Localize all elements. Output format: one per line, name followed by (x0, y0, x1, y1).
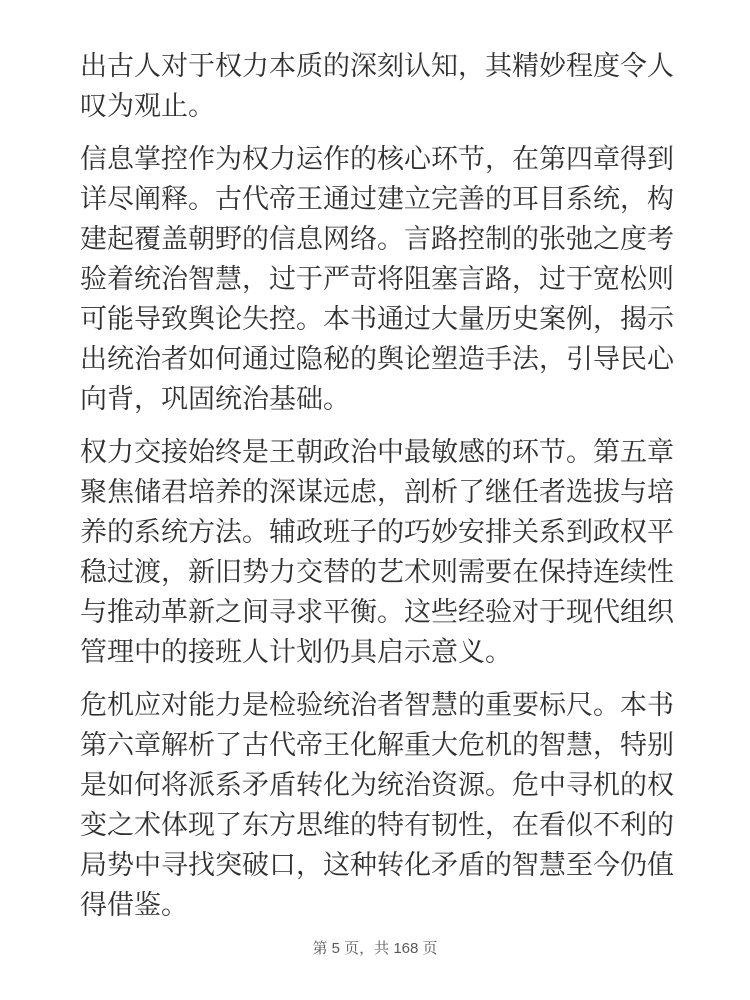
paragraph-4: 危机应对能力是检验统治者智慧的重要标尺。本书第六章解析了古代帝王化解重大危机的智… (80, 685, 680, 925)
page-content: 出古人对于权力本质的深刻认知，其精妙程度令人叹为观止。 信息掌控作为权力运作的核… (80, 46, 680, 938)
paragraph-3: 权力交接始终是王朝政治中最敏感的环节。第五章聚焦储君培养的深谋远虑，剖析了继任者… (80, 432, 680, 672)
paragraph-1: 出古人对于权力本质的深刻认知，其精妙程度令人叹为观止。 (80, 46, 680, 126)
page-number: 第 5 页，共 168 页 (312, 940, 437, 957)
document-page: 出古人对于权力本质的深刻认知，其精妙程度令人叹为观止。 信息掌控作为权力运作的核… (0, 0, 750, 1000)
paragraph-2: 信息掌控作为权力运作的核心环节，在第四章得到详尽阐释。古代帝王通过建立完善的耳目… (80, 139, 680, 419)
page-footer: 第 5 页，共 168 页 (0, 938, 750, 960)
